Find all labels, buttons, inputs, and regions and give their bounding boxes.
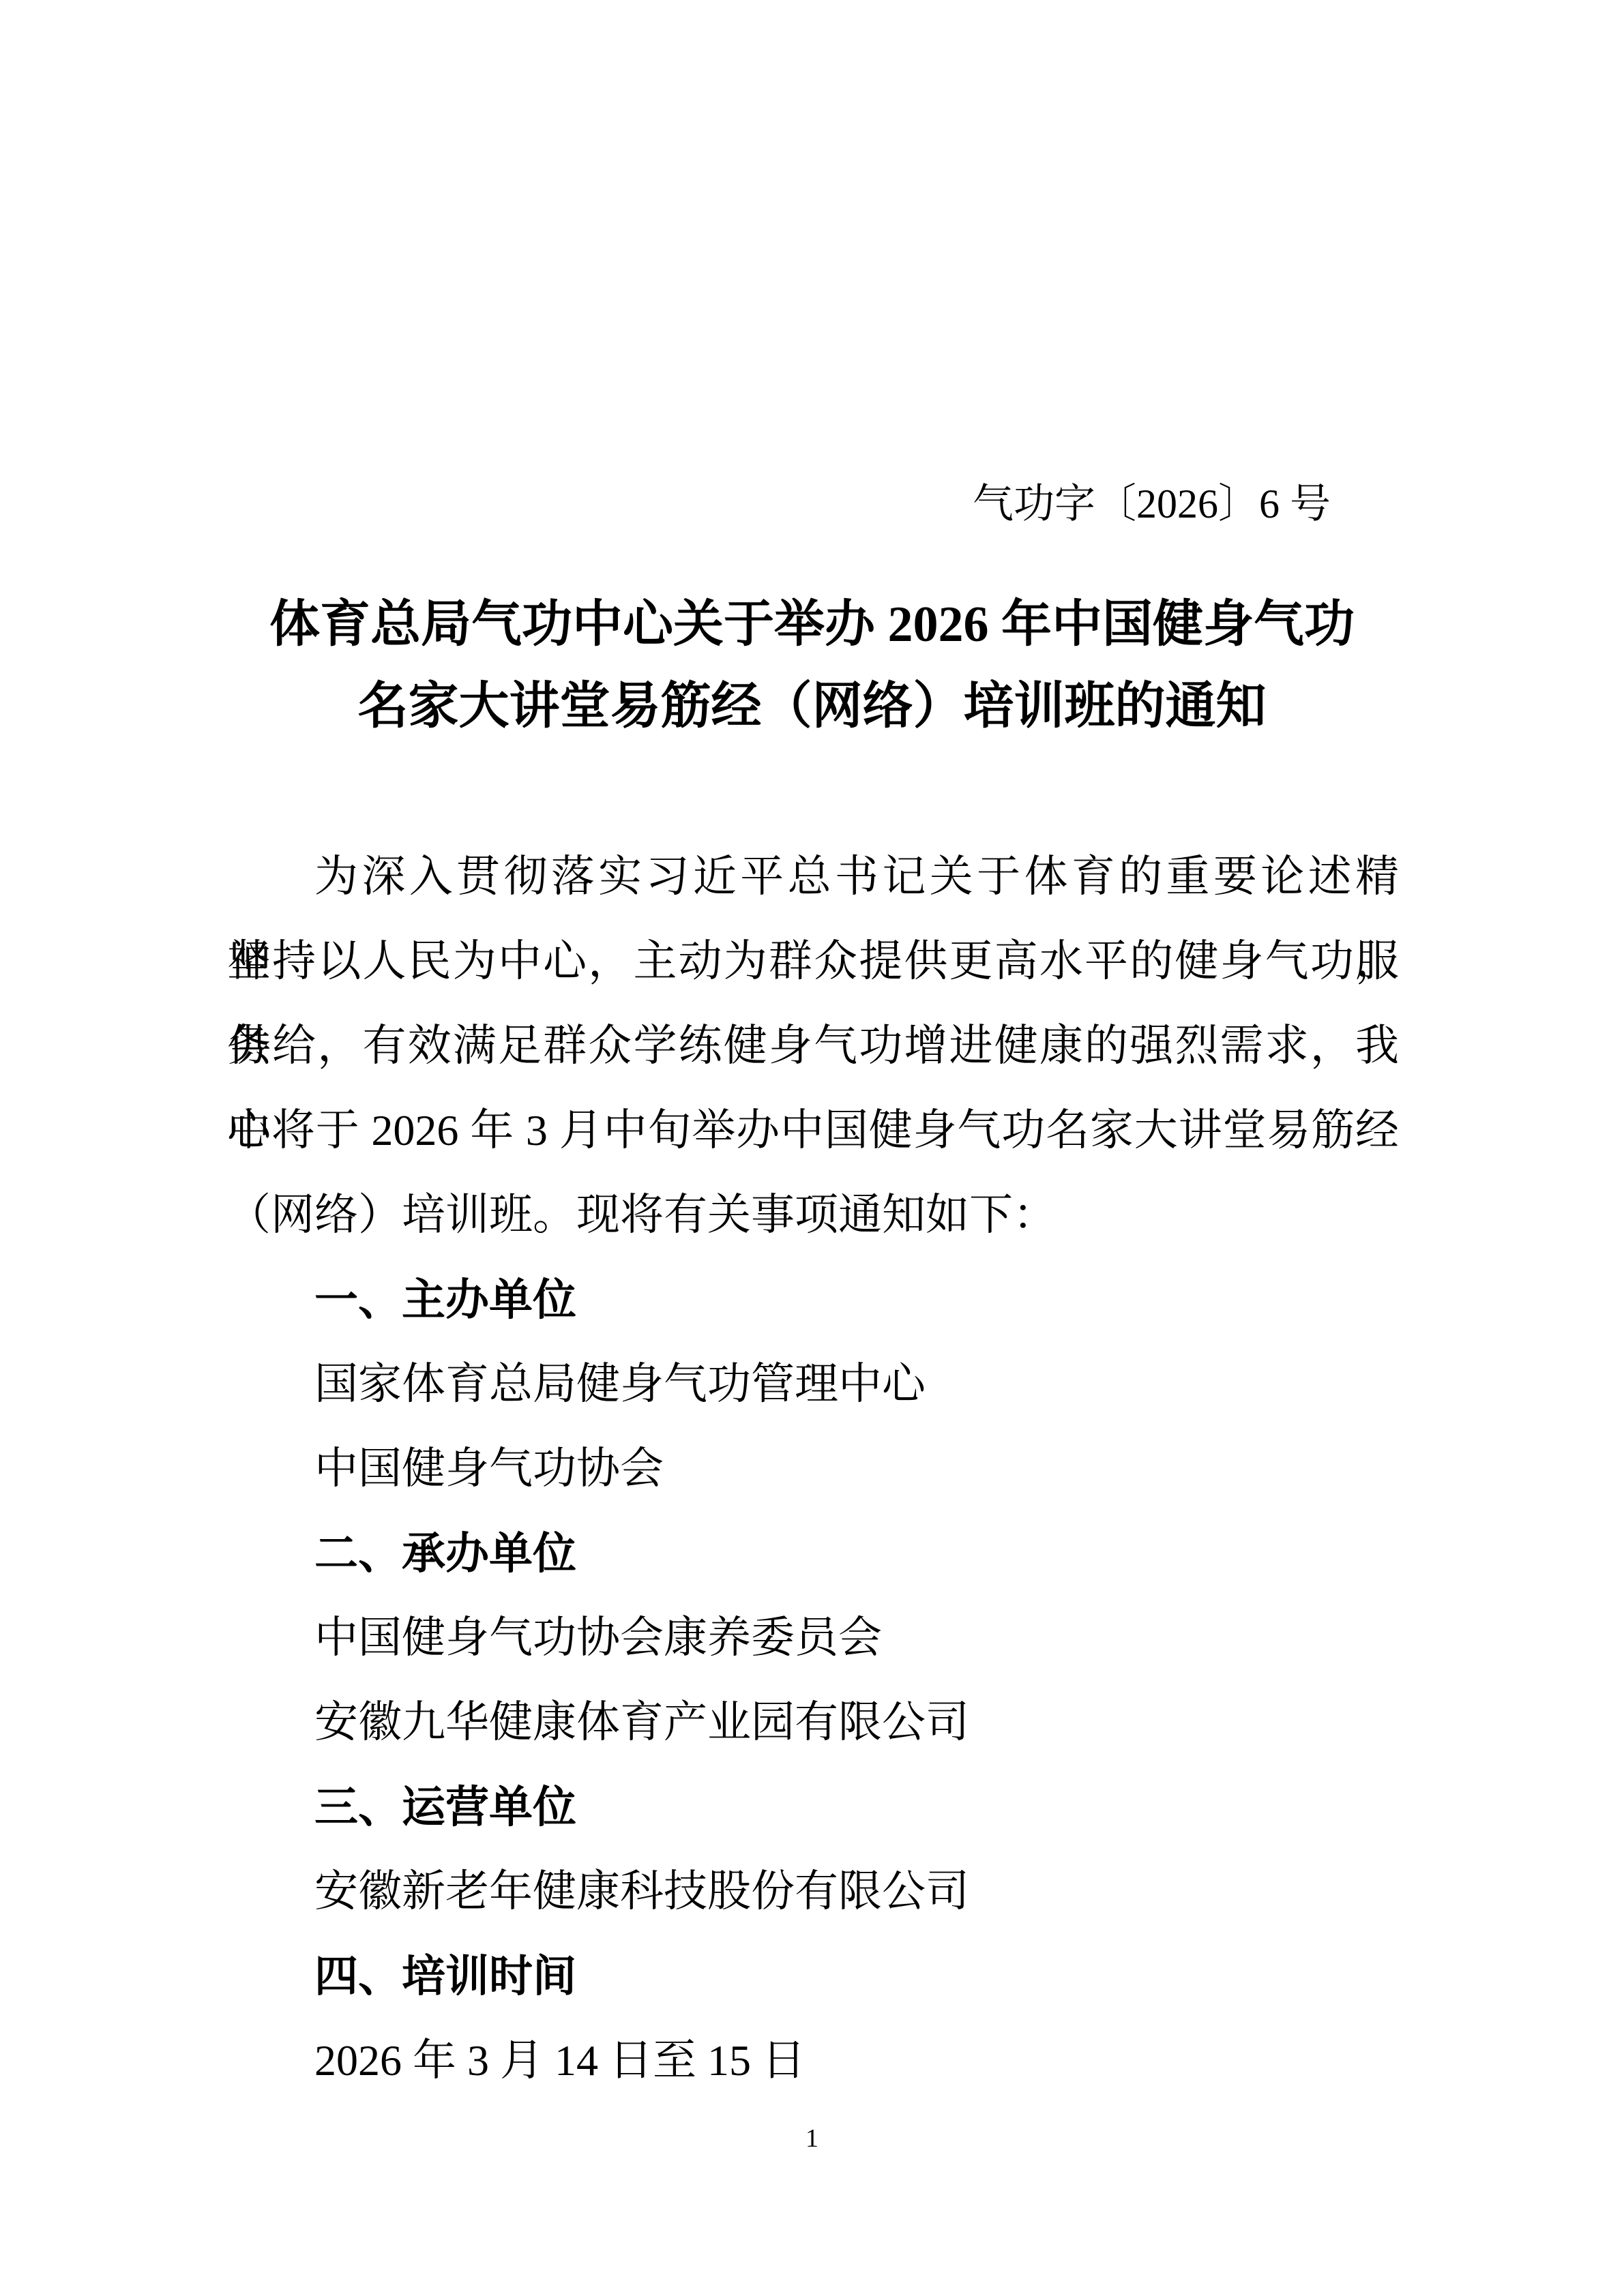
notice-title-line-1: 体育总局气功中心关于举办 2026 年中国健身气功 <box>0 584 1624 666</box>
intro-paragraph-line: 心将于 2026 年 3 月中旬举办中国健身气功名家大讲堂易筋经 <box>227 1088 1399 1173</box>
section-heading-training-time: 四、培训时间 <box>227 1934 1399 2018</box>
notice-title: 体育总局气功中心关于举办 2026 年中国健身气功 名家大讲堂易筋经（网络）培训… <box>0 584 1624 747</box>
section-heading-undertaker: 二、承办单位 <box>227 1511 1399 1596</box>
section-item: 中国健身气功协会 <box>227 1427 1399 1511</box>
intro-paragraph-line: （网络）培训班。现将有关事项通知如下： <box>227 1173 1399 1257</box>
notice-title-line-2: 名家大讲堂易筋经（网络）培训班的通知 <box>0 666 1624 747</box>
section-item: 国家体育总局健身气功管理中心 <box>227 1342 1399 1427</box>
intro-paragraph-line: 为深入贯彻落实习近平总书记关于体育的重要论述精神， <box>227 835 1399 919</box>
section-heading-operator: 三、运营单位 <box>227 1765 1399 1849</box>
document-body: 为深入贯彻落实习近平总书记关于体育的重要论述精神， 坚持以人民为中心，主动为群众… <box>227 835 1399 2103</box>
doc-reference-number: 气功字〔2026〕6 号 <box>227 473 1399 535</box>
page-number: 1 <box>0 2122 1624 2155</box>
intro-paragraph-line: 供给，有效满足群众学练健身气功增进健康的强烈需求，我中 <box>227 1004 1399 1088</box>
section-item: 安徽新老年健康科技股份有限公司 <box>227 1849 1399 1934</box>
intro-paragraph-line: 坚持以人民为中心，主动为群众提供更高水平的健身气功服务 <box>227 919 1399 1004</box>
section-item-training-date: 2026 年 3 月 14 日至 15 日 <box>227 2018 1399 2103</box>
document-page: 气功字〔2026〕6 号 体育总局气功中心关于举办 2026 年中国健身气功 名… <box>0 0 1624 2296</box>
section-item: 中国健身气功协会康养委员会 <box>227 1596 1399 1680</box>
section-heading-organizer: 一、主办单位 <box>227 1257 1399 1342</box>
section-item: 安徽九华健康体育产业园有限公司 <box>227 1680 1399 1765</box>
